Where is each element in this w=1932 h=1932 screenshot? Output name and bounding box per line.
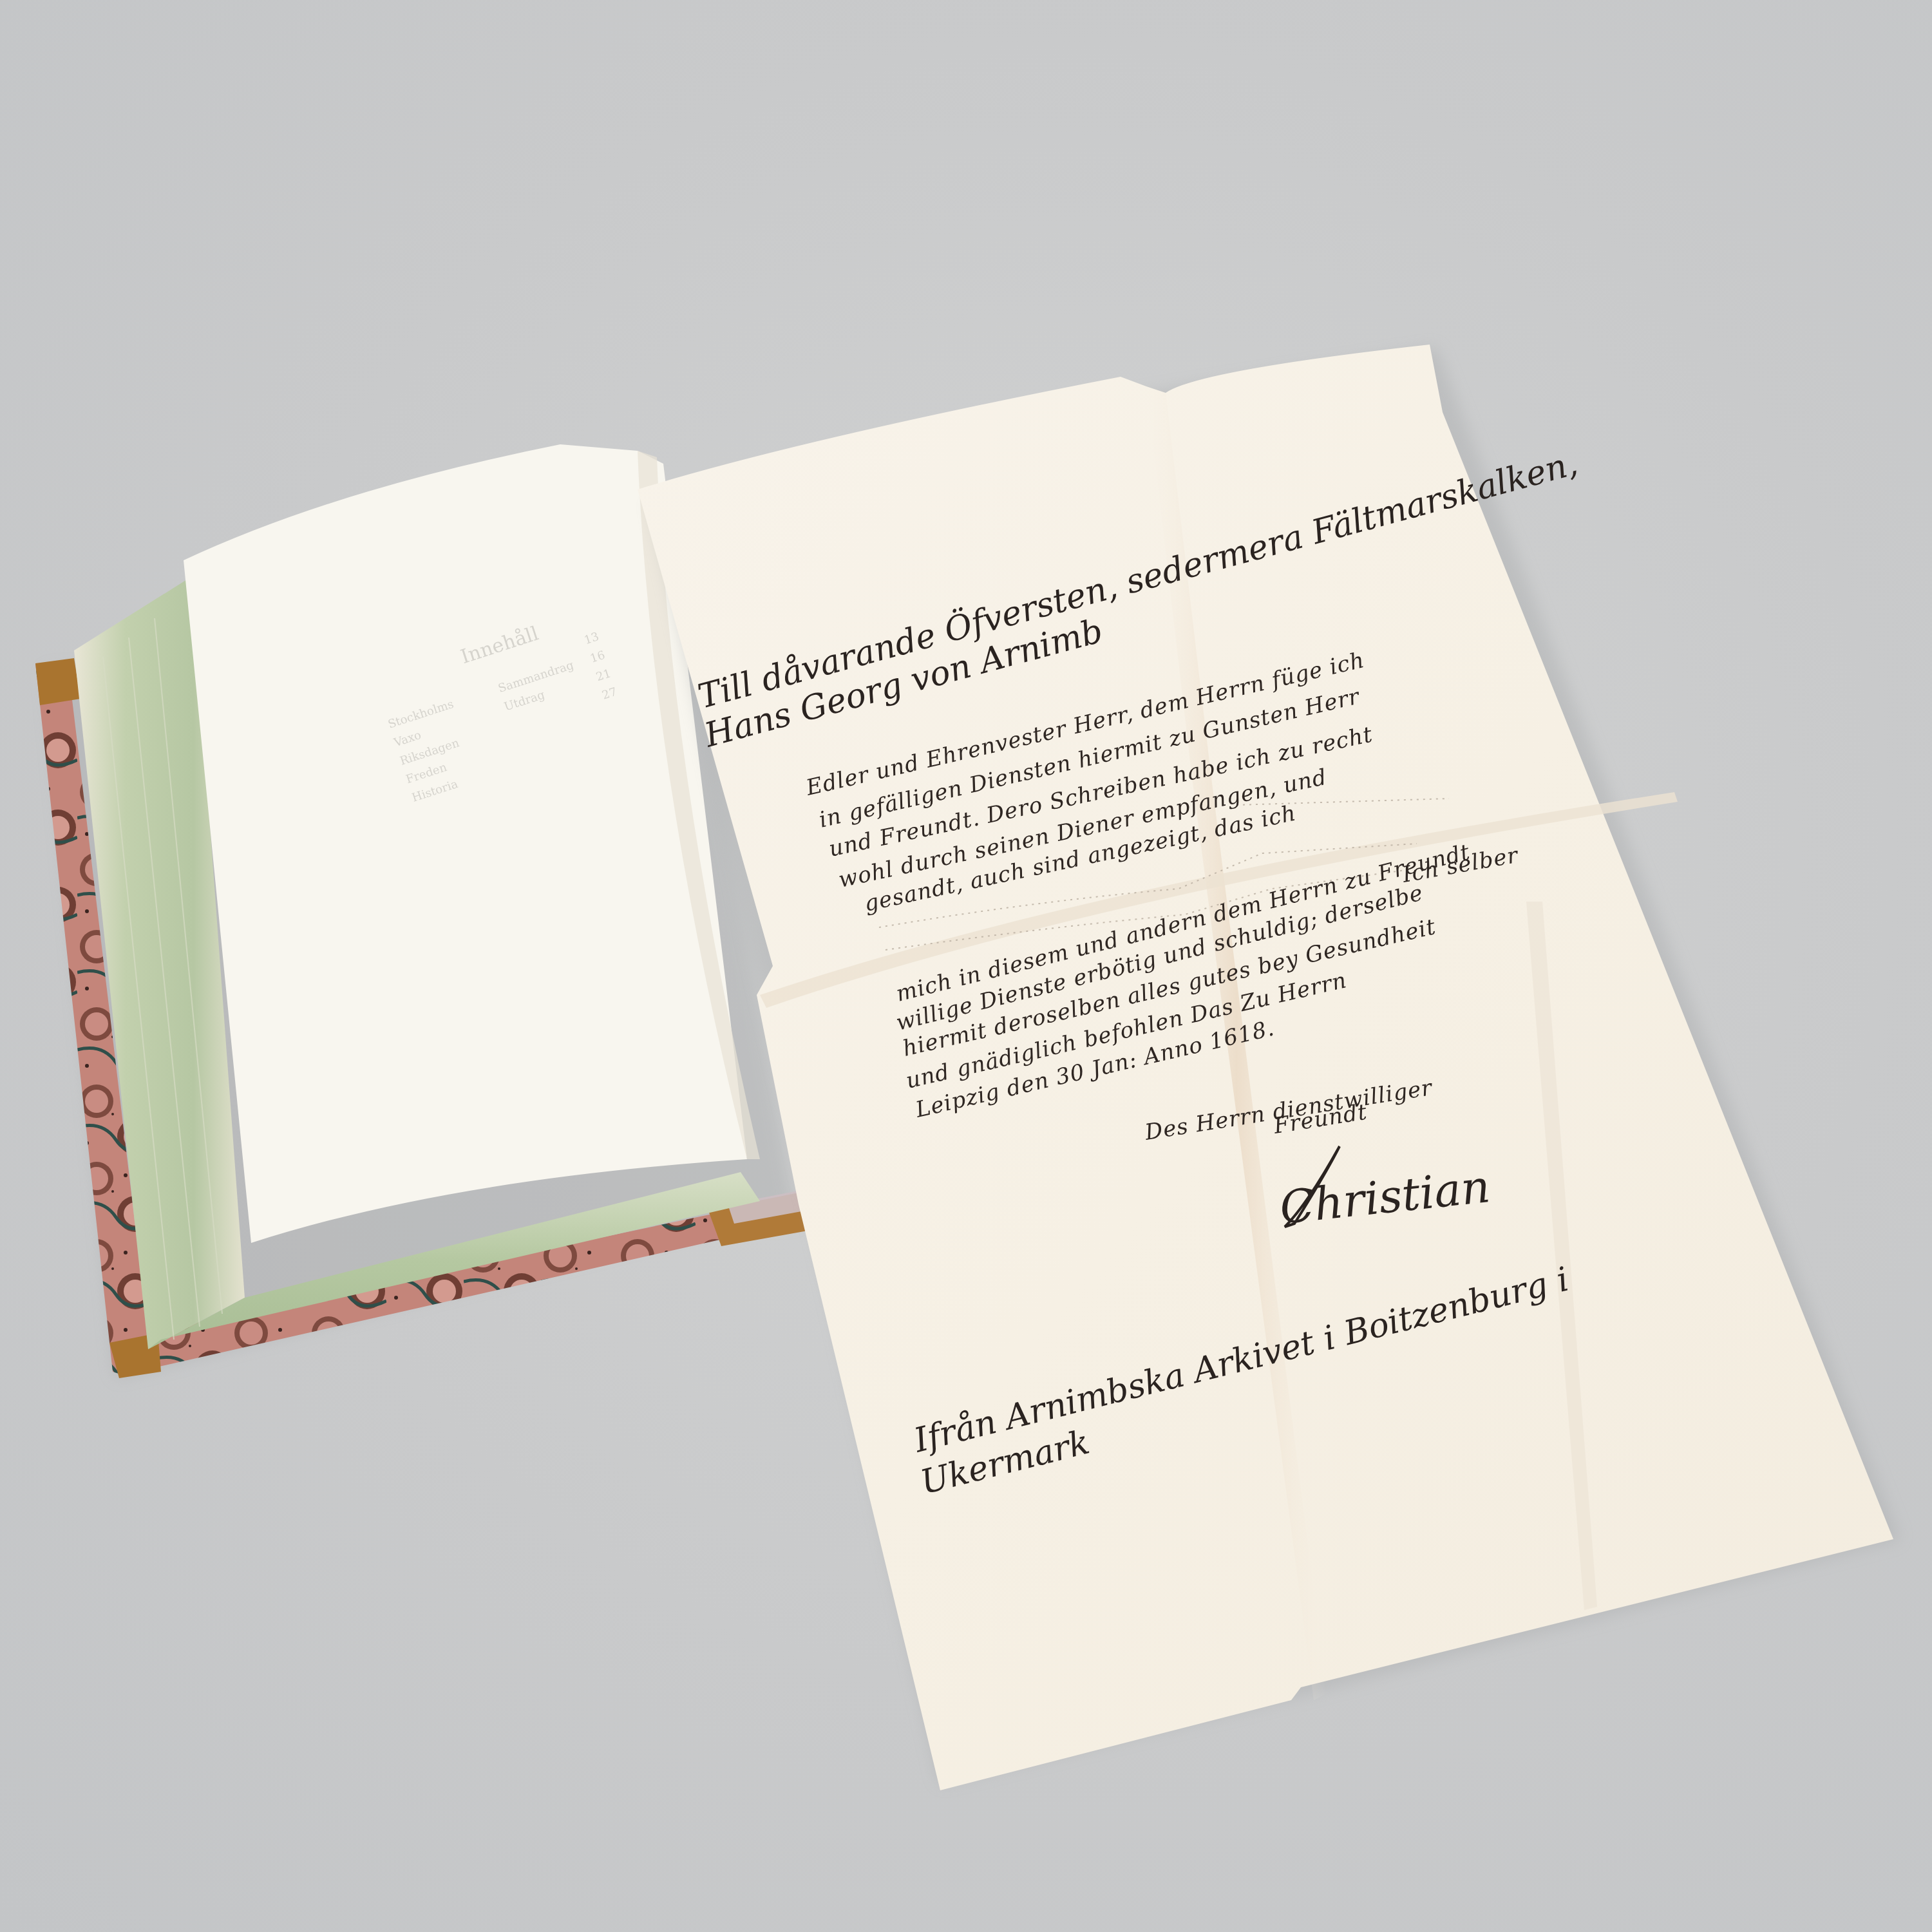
photo-scene: Innehåll Stockholms Vaxo Riksdagen Frede… — [0, 0, 1932, 1932]
leather-corner-top — [35, 658, 80, 705]
